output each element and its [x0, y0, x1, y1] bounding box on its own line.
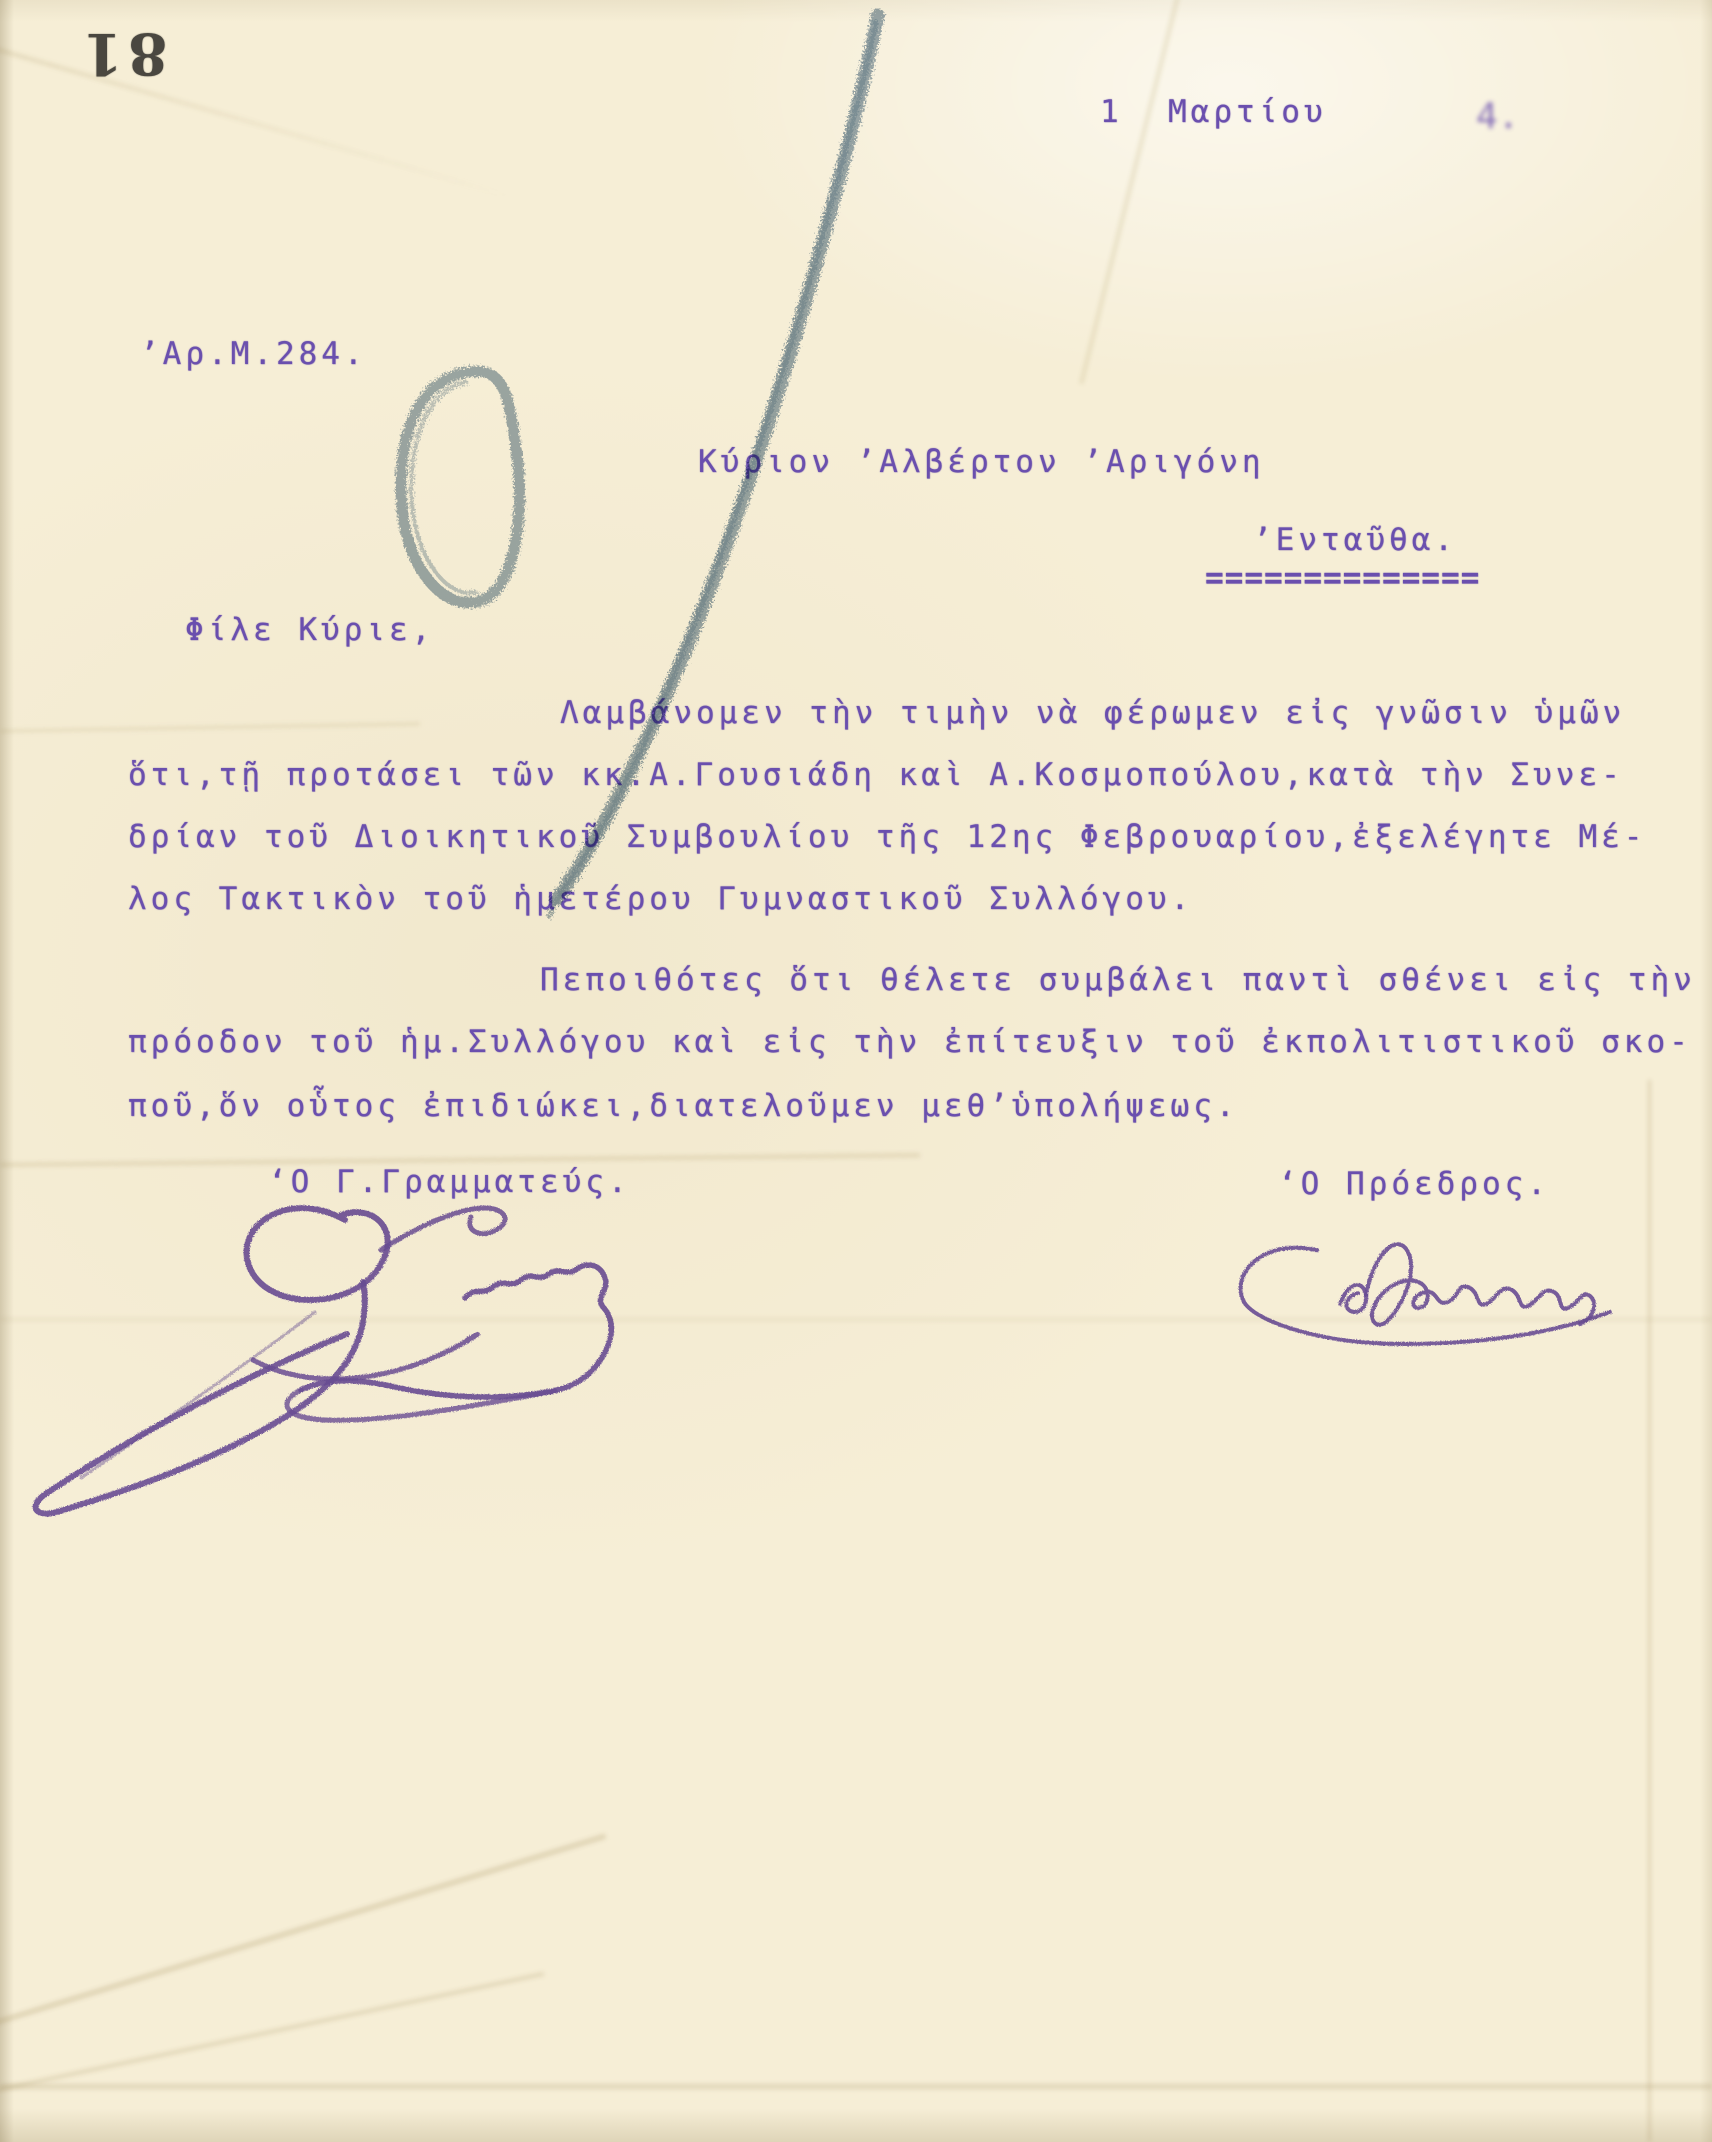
recipient-location: ’Ενταῦθα. — [1253, 522, 1457, 559]
date-year-mark: 4. — [1476, 96, 1519, 137]
paper-crease — [0, 2084, 1712, 2089]
page-number-stamp: 18 — [78, 20, 167, 87]
paper-crease — [1079, 0, 1184, 384]
body-line: δρίαν τοῦ Διοικητικοῦ Συμβουλίου τῆς 12η… — [128, 819, 1646, 856]
blue-pencil-oval — [401, 371, 520, 602]
paper-crease — [0, 1972, 544, 2092]
paper-crease — [0, 1834, 606, 2032]
paper-crease — [0, 1318, 1712, 1321]
body-line: ποῦ,ὅν οὗτος ἐπιδιώκει,διατελοῦμεν μεθ’ὑ… — [128, 1088, 1239, 1125]
location-underline: ============== — [1205, 560, 1480, 597]
secretary-label: ‘Ο Γ.Γραμματεύς. — [268, 1164, 631, 1201]
blue-pencil-marks — [0, 0, 1712, 2142]
date-line: 1 Μαρτίου — [1100, 94, 1327, 131]
body-line: λος Τακτικὸν τοῦ ἡμετέρου Γυμναστικοῦ Συ… — [128, 881, 1193, 918]
recipient-name: Κύριον ’Αλβέρτον ’Αριγόνη — [698, 444, 1265, 481]
body-line: ὅτι,τῇ προτάσει τῶν κκ.Α.Γουσιάδη καὶ Α.… — [128, 757, 1624, 794]
paper-crease — [0, 722, 420, 732]
body-line: Λαμβάνομεν τὴν τιμὴν νὰ φέρωμεν εἰς γνῶσ… — [560, 695, 1625, 732]
reference-number: ’Αρ.Μ.284. — [140, 336, 367, 373]
body-line: Πεποιθότες ὅτι θέλετε συμβάλει παντὶ σθέ… — [540, 962, 1696, 999]
paper-crease — [1648, 1080, 1651, 2142]
salutation: Φίλε Κύριε, — [185, 612, 434, 649]
body-line: πρόοδον τοῦ ἡμ.Συλλόγου καὶ εἰς τὴν ἐπίτ… — [128, 1024, 1692, 1061]
letter-scan: { "letter": { "page_number_stamp": "18",… — [0, 0, 1712, 2142]
secretary-signature — [15, 1190, 675, 1540]
paper-crease — [0, 46, 510, 199]
president-signature — [1222, 1222, 1652, 1382]
president-label: ‘Ο Πρόεδρος. — [1278, 1166, 1550, 1203]
